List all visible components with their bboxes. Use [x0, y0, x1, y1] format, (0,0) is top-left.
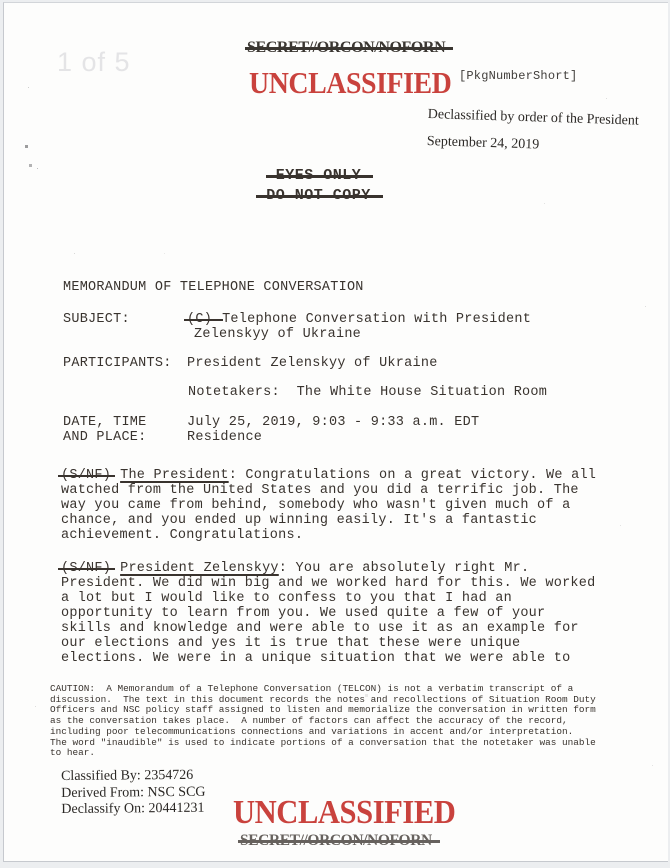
struck-eyes-only-text: EYES ONLY [276, 166, 362, 186]
struck-classification-text: SECRET//ORCON/NOFORN [240, 832, 432, 850]
memo-title: MEMORANDUM OF TELEPHONE CONVERSATION [63, 280, 364, 295]
struck-subject-marking: (C) [187, 312, 212, 327]
participants-label: PARTICIPANTS: [63, 356, 172, 371]
paragraph-text: : You are absolutely right Mr. President… [61, 561, 595, 666]
subject-value-line1: (C)Telephone Conversation with President [187, 312, 531, 327]
place-value: Residence [187, 430, 262, 445]
unclassified-stamp-bottom: UNCLASSIFIED [233, 796, 455, 830]
derived-from-line: Derived From: NSC SCG [61, 784, 205, 802]
notetakers-line: Notetakers: The White House Situation Ro… [188, 385, 547, 400]
declassification-note: Declassified by order of the President S… [427, 106, 639, 157]
datetime-label-line1: DATE, TIME [63, 415, 147, 430]
transcript-paragraph-president: (S/NF)The President: Congratulations on … [61, 468, 626, 543]
datetime-value: July 25, 2019, 9:03 - 9:33 a.m. EDT [187, 415, 479, 430]
pkg-number-placeholder: [PkgNumberShort] [459, 69, 577, 83]
unclassified-stamp-top: UNCLASSIFIED [249, 67, 451, 98]
speaker-name-president: The President [120, 468, 229, 483]
document-page: 1 of 5 SECRET//ORCON/NOFORN UNCLASSIFIED… [3, 2, 668, 862]
participants-value: President Zelenskyy of Ukraine [187, 356, 438, 371]
do-not-copy-line: DO NOT COPY [236, 186, 401, 206]
page-indicator: 1 of 5 [57, 47, 131, 78]
struck-do-not-copy-text: DO NOT COPY [266, 186, 371, 206]
declassified-by-line: Declassified by order of the President [427, 106, 639, 130]
declassify-on-line: Declassify On: 20441231 [61, 801, 205, 819]
datetime-label-line2: AND PLACE: [63, 430, 147, 445]
classified-by-line: Classified By: 2354726 [61, 768, 205, 786]
classification-banner-bottom: SECRET//ORCON/NOFORN [240, 832, 432, 850]
transcript-paragraph-zelenskyy: (S/NF)President Zelenskyy: You are absol… [61, 561, 626, 666]
struck-classification-text: SECRET//ORCON/NOFORN [247, 39, 445, 57]
eyes-only-line: EYES ONLY [236, 166, 401, 186]
classification-authority-block: Classified By: 2354726 Derived From: NSC… [61, 768, 206, 819]
handling-caveats: EYES ONLY DO NOT COPY [236, 166, 401, 206]
subject-label: SUBJECT: [63, 312, 130, 327]
classification-banner-top: SECRET//ORCON/NOFORN [247, 39, 445, 57]
struck-classification-marking: (S/NF) [61, 468, 111, 483]
speaker-name-zelenskyy: President Zelenskyy [120, 561, 279, 576]
subject-value-line2: Zelenskyy of Ukraine [194, 327, 361, 342]
scan-noise-speckles [4, 3, 5, 4]
caution-notice: CAUTION: A Memorandum of a Telephone Con… [50, 684, 610, 759]
struck-classification-marking: (S/NF) [61, 561, 111, 576]
subject-text: Telephone Conversation with President [222, 312, 531, 327]
declassified-date-line: September 24, 2019 [427, 133, 639, 157]
